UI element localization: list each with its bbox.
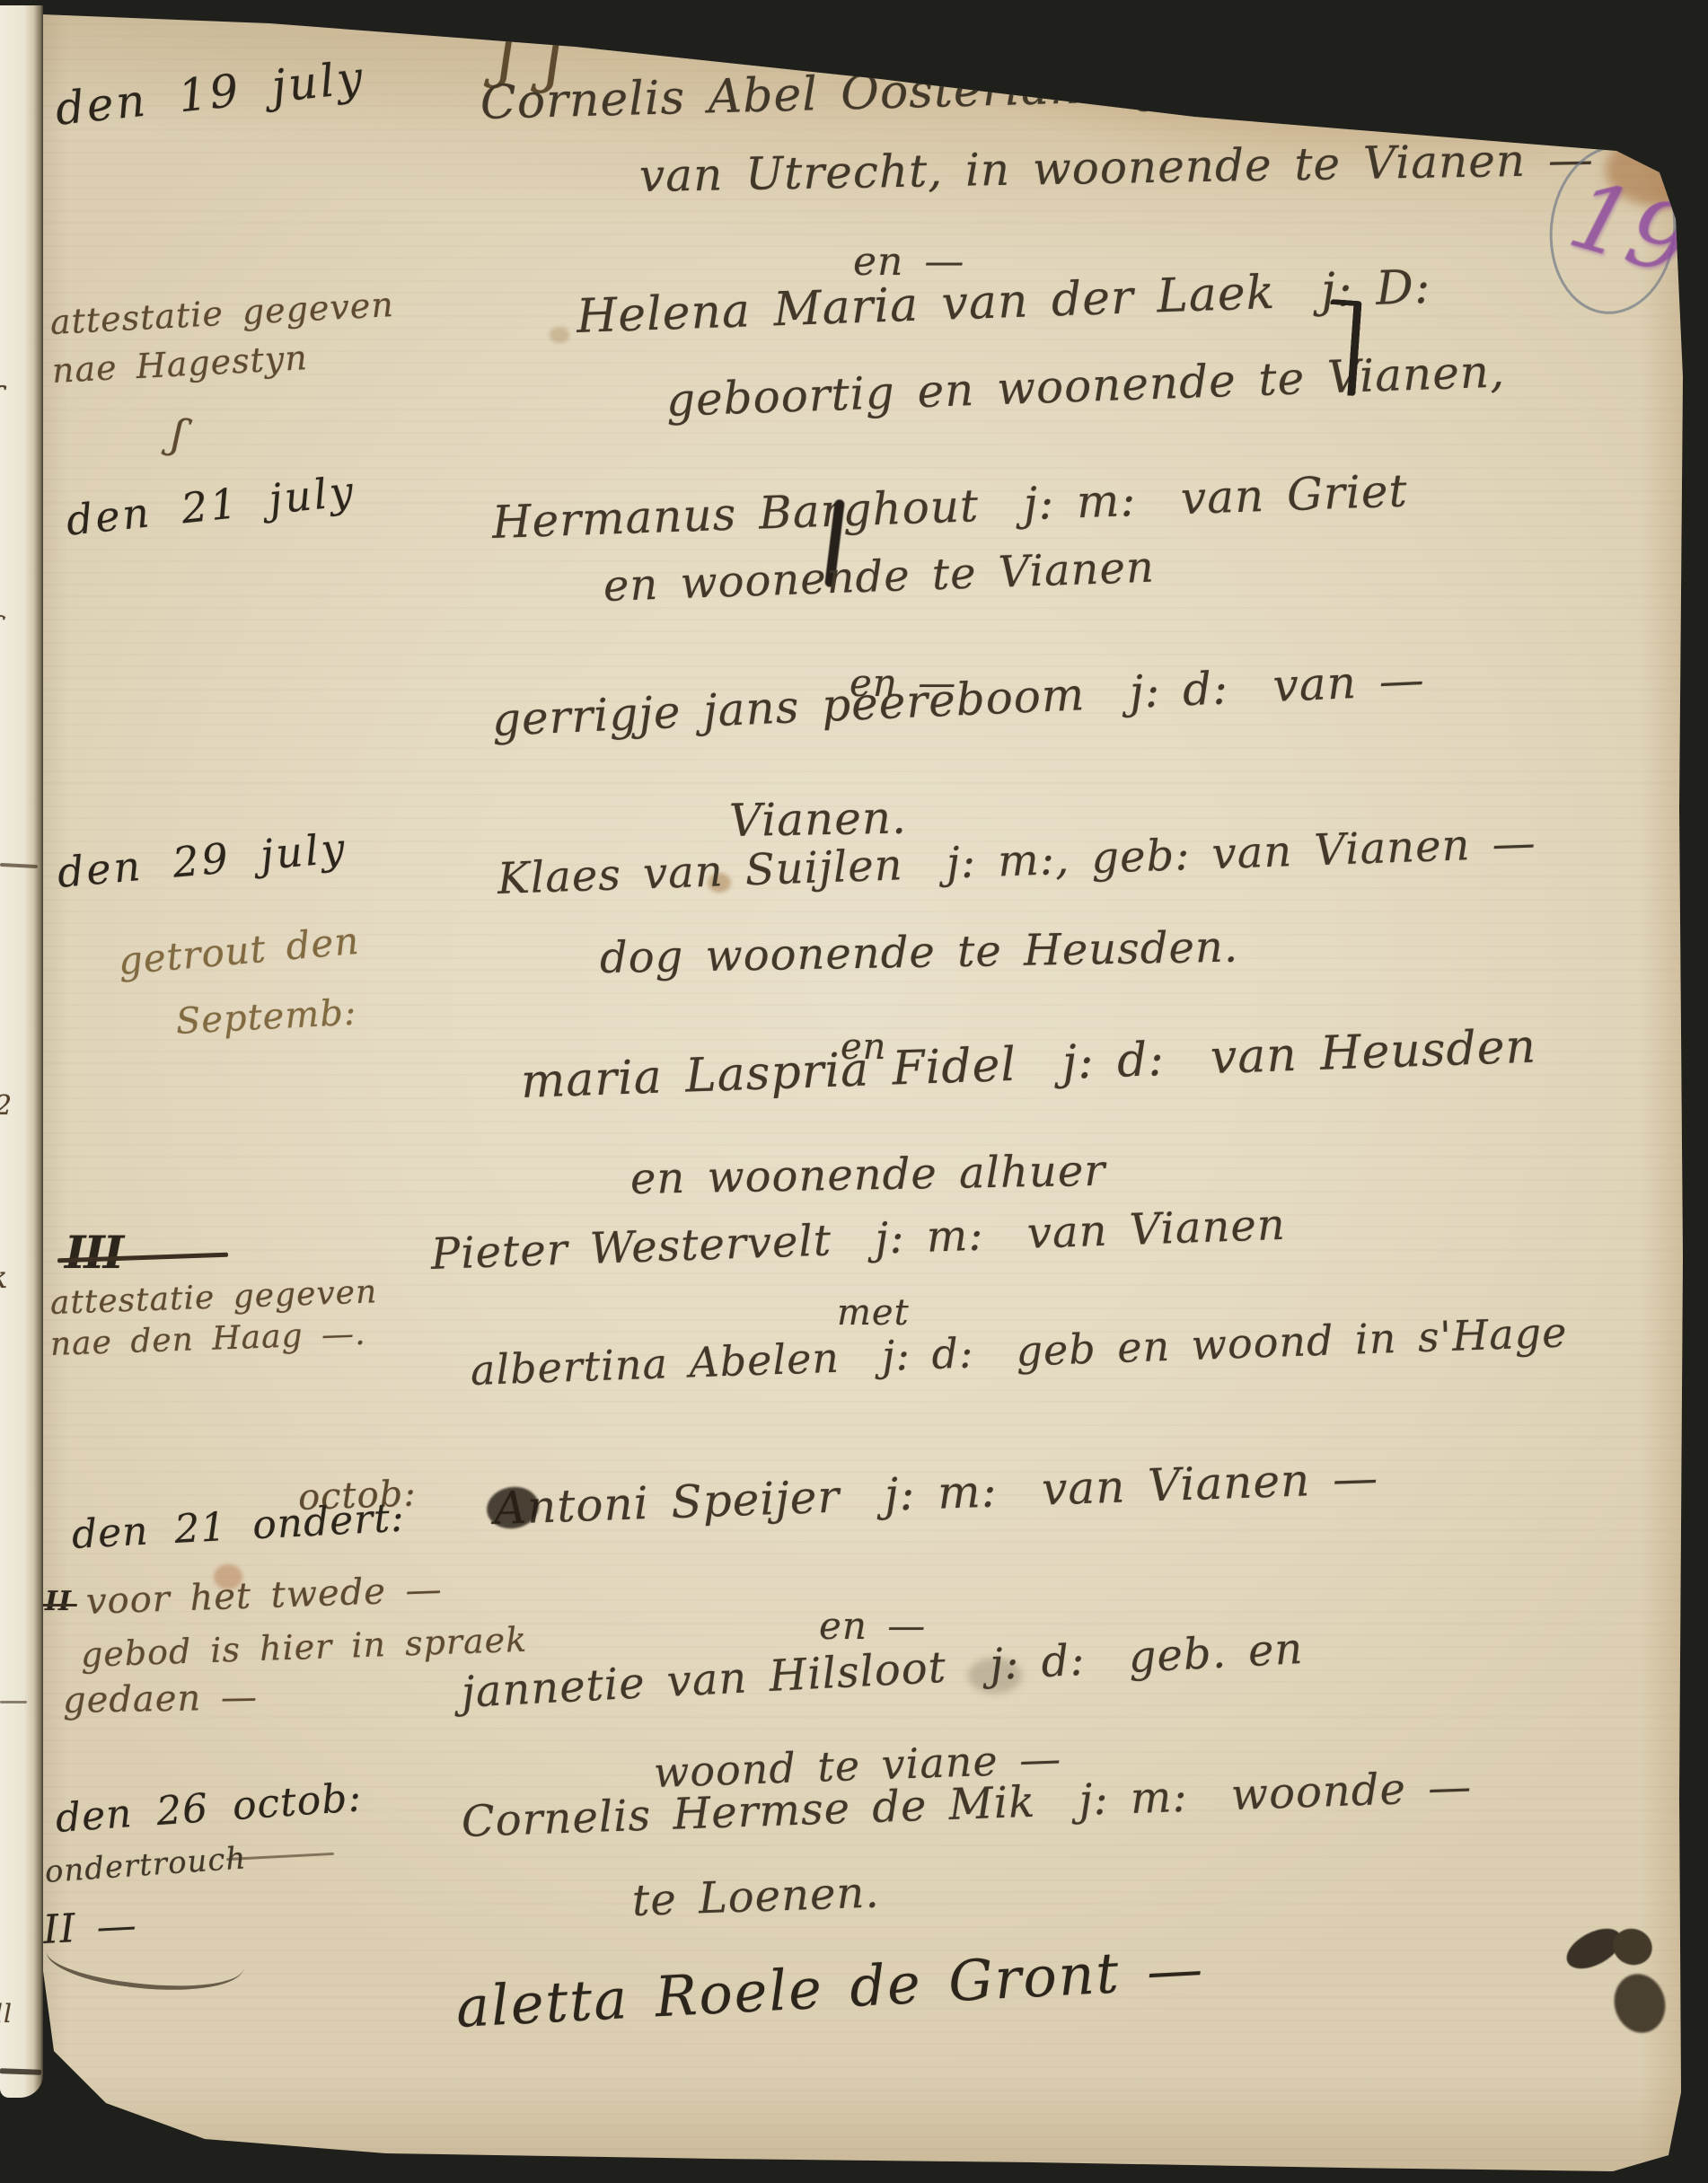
entry5-margin-note2: gebod is hier in spraek: [80, 1624, 527, 1671]
facing-page-text-fragment: ll: [0, 2003, 13, 2025]
entry4-margin-note2: nae den Haag —.: [49, 1320, 366, 1360]
entry6-groom-line: Cornelis Hermse de Mik j: m: woonde —: [461, 1768, 1473, 1842]
entry1-margin-mark: ʃ: [169, 415, 187, 453]
entry1-groom-line: Cornelis Abel Oosterlant j: m: geboortig: [480, 55, 1546, 125]
paper-stain: [550, 327, 569, 343]
entry1-conjunction: en —: [853, 244, 964, 280]
entry3-bride-line: maria Laspria Fidel j: d: van Heusden: [520, 1026, 1537, 1104]
entry1-margin-note1: attestatie gegeven: [49, 289, 394, 338]
entry1-bride-line: Helena Maria van der Laek j: D:: [576, 267, 1431, 339]
facing-page-text-fragment: k: [0, 1264, 9, 1292]
ink-stroke: [1324, 299, 1361, 396]
entry5-margin-note1: voor het twede —: [85, 1573, 443, 1618]
entry6-bride-line: aletta Roele de Gront —: [455, 1943, 1206, 2032]
paper-stain: [1469, 106, 1501, 124]
entry1-margin-note2: nae Hagestyn: [51, 342, 308, 386]
facing-page-text-fragment: ʃ: [0, 386, 3, 415]
entry3-groom-line2: dog woonende te Heusden.: [600, 929, 1239, 979]
entry4-groom-line: Pieter Westervelt j: m: van Vianen: [430, 1206, 1286, 1274]
entry3-bride-line2: en woonende alhuer: [630, 1152, 1106, 1199]
entry2-groom-line2: en woonende te Vianen: [603, 549, 1155, 607]
entry1-margin-date: den 19 july: [54, 57, 367, 130]
facing-page-text-fragment: [0, 863, 38, 868]
facing-page-text-fragment: 2: [0, 1094, 13, 1118]
entry3-margin-note1: getrout den: [117, 924, 360, 979]
entry4-bride-line: albertina Abelen j: d: geb en woond in s…: [470, 1314, 1568, 1389]
entry6-margin-date: den 26 octob:: [55, 1780, 364, 1836]
scanned-register-page: ʃ ʃ den 19 july ʃ Cornelis Abel Oosterla…: [0, 0, 1708, 2183]
entry5-margin-mark: II: [45, 1589, 72, 1614]
entry4-conjunction: met: [837, 1297, 910, 1329]
entry5-margin-date: den 21 ondert:: [71, 1501, 406, 1554]
ink-stroke: [40, 1604, 77, 1606]
entry3-margin-note2: Septemb:: [175, 996, 357, 1037]
entry6-margin-note1: ondertrouch: [44, 1844, 247, 1886]
facing-page-text-fragment: ʃ: [0, 612, 3, 639]
stamp-number: 19: [1558, 159, 1703, 297]
entry1-bride-line2: geboortig en woonende te Vianen,: [665, 351, 1505, 421]
entry2-margin-date: den 21 july: [65, 472, 357, 540]
facing-page-text-fragment: [0, 2068, 41, 2075]
register-page: ʃ ʃ den 19 july ʃ Cornelis Abel Oosterla…: [0, 0, 1708, 2183]
entry5-margin-note3: gedaen —: [63, 1681, 258, 1717]
facing-page-edge: ʃ ʃ 2 k ll: [0, 5, 43, 2098]
entry3-margin-date: den 29 july: [56, 830, 348, 892]
entry1-groom-line2: van Utrecht, in woonende te Vianen —: [639, 139, 1595, 197]
entry2-groom-line: Hermanus Barghout j: m: van Griet: [491, 471, 1408, 543]
entry3-groom-line: Klaes van Suijlen j: m:, geb: van Vianen…: [497, 824, 1536, 900]
entry5-groom-line: Antoni Speijer j: m: van Vianen —: [493, 1458, 1379, 1529]
ink-blot: [1607, 1968, 1671, 2038]
entry6-groom-line2: te Loenen.: [631, 1873, 880, 1921]
entry2-bride-line: gerrigje jans peereboom j: d: van —: [491, 660, 1426, 741]
ink-stroke: [44, 1917, 248, 2003]
entry4-margin-note1: attestatie gegeven: [49, 1278, 377, 1318]
entry2-bride-line2: Vianen.: [729, 798, 908, 841]
entry4-margin-mark: III: [65, 1232, 122, 1272]
facing-page-text-fragment: [0, 1701, 27, 1703]
entry5-conjunction: en —: [819, 1609, 926, 1643]
